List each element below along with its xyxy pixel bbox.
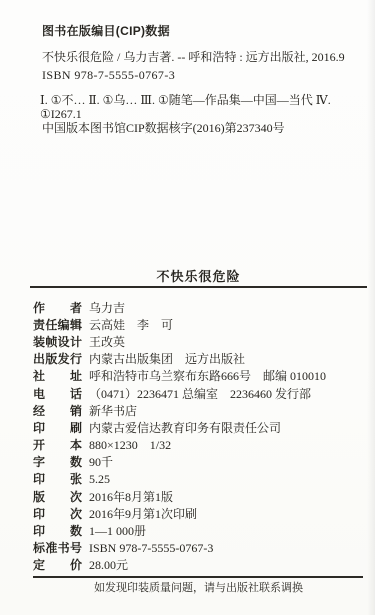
table-row-format: 开本 880×1230 1/32 bbox=[33, 437, 363, 454]
row-value: 乌力吉 bbox=[89, 301, 125, 315]
title-divider-rule bbox=[30, 286, 367, 288]
row-value: 5.25 bbox=[89, 472, 110, 486]
table-row-publisher: 出版发行 内蒙古出版集团 远方出版社 bbox=[33, 351, 363, 368]
table-row-edition: 版次 2016年8月第1版 bbox=[33, 488, 363, 505]
table-row-word-count: 字数 90千 bbox=[33, 454, 363, 471]
row-value: 28.00元 bbox=[89, 558, 128, 572]
row-value: （0471）2236471 总编室 2236460 发行部 bbox=[89, 387, 311, 401]
table-row-sheets: 印张 5.25 bbox=[33, 471, 363, 488]
table-row-price: 定价 28.00元 bbox=[33, 557, 363, 574]
row-label: 作者 bbox=[33, 301, 82, 315]
row-label: 装帧设计 bbox=[33, 335, 82, 349]
row-value: 90千 bbox=[89, 455, 113, 469]
row-value: 新华书店 bbox=[89, 404, 137, 418]
row-label: 社址 bbox=[33, 369, 82, 383]
quality-notice: 如发现印装质量问题，请与出版社联系调换 bbox=[30, 582, 367, 595]
table-row-phone: 电话 （0471）2236471 总编室 2236460 发行部 bbox=[33, 385, 363, 402]
table-row-author: 作者 乌力吉 bbox=[33, 299, 363, 316]
row-label: 标准书号 bbox=[33, 541, 82, 555]
book-title: 不快乐很危险 bbox=[30, 269, 367, 284]
table-row-printing: 印次 2016年9月第1次印刷 bbox=[33, 505, 363, 522]
row-value: 2016年9月第1次印刷 bbox=[89, 507, 197, 521]
colophon-section: 不快乐很危险 作者 乌力吉 责任编辑 云高娃 李 可 装帧设计 王改英 出版发行… bbox=[30, 0, 367, 615]
row-label: 出版发行 bbox=[33, 352, 82, 366]
row-value: 880×1230 1/32 bbox=[89, 438, 171, 452]
row-label: 印刷 bbox=[33, 421, 82, 435]
row-label: 定价 bbox=[33, 558, 82, 572]
table-row-print-run: 印数 1—1 000册 bbox=[33, 522, 363, 539]
footer-divider-rule bbox=[33, 576, 363, 578]
table-row-designer: 装帧设计 王改英 bbox=[33, 333, 363, 350]
row-label: 电话 bbox=[33, 387, 82, 401]
row-label: 开本 bbox=[33, 438, 82, 452]
row-value: 内蒙古爱信达教育印务有限责任公司 bbox=[89, 421, 281, 435]
row-label: 经销 bbox=[33, 404, 82, 418]
row-value: 呼和浩特市乌兰察布东路666号 邮编 010010 bbox=[89, 369, 326, 383]
publication-info-table: 作者 乌力吉 责任编辑 云高娃 李 可 装帧设计 王改英 出版发行 内蒙古出版集… bbox=[33, 299, 363, 574]
row-value: ISBN 978-7-5555-0767-3 bbox=[89, 541, 213, 555]
row-label: 版次 bbox=[33, 490, 82, 504]
table-row-printer: 印刷 内蒙古爱信达教育印务有限责任公司 bbox=[33, 419, 363, 436]
table-row-editor: 责任编辑 云高娃 李 可 bbox=[33, 316, 363, 333]
row-value: 王改英 bbox=[89, 335, 125, 349]
row-label: 印张 bbox=[33, 472, 82, 486]
row-label: 字数 bbox=[33, 455, 82, 469]
book-copyright-page: 图书在版编目(CIP)数据 不快乐很危险 / 乌力吉著. -- 呼和浩特 : 远… bbox=[0, 0, 375, 615]
table-row-address: 社址 呼和浩特市乌兰察布东路666号 邮编 010010 bbox=[33, 368, 363, 385]
row-value: 1—1 000册 bbox=[89, 524, 146, 538]
row-value: 内蒙古出版集团 远方出版社 bbox=[89, 352, 245, 366]
table-row-isbn: 标准书号 ISBN 978-7-5555-0767-3 bbox=[33, 540, 363, 557]
row-value: 2016年8月第1版 bbox=[89, 490, 173, 504]
row-label: 印数 bbox=[33, 524, 82, 538]
row-label: 印次 bbox=[33, 507, 82, 521]
row-value: 云高娃 李 可 bbox=[89, 318, 173, 332]
table-row-distributor: 经销 新华书店 bbox=[33, 402, 363, 419]
row-label: 责任编辑 bbox=[33, 318, 82, 332]
